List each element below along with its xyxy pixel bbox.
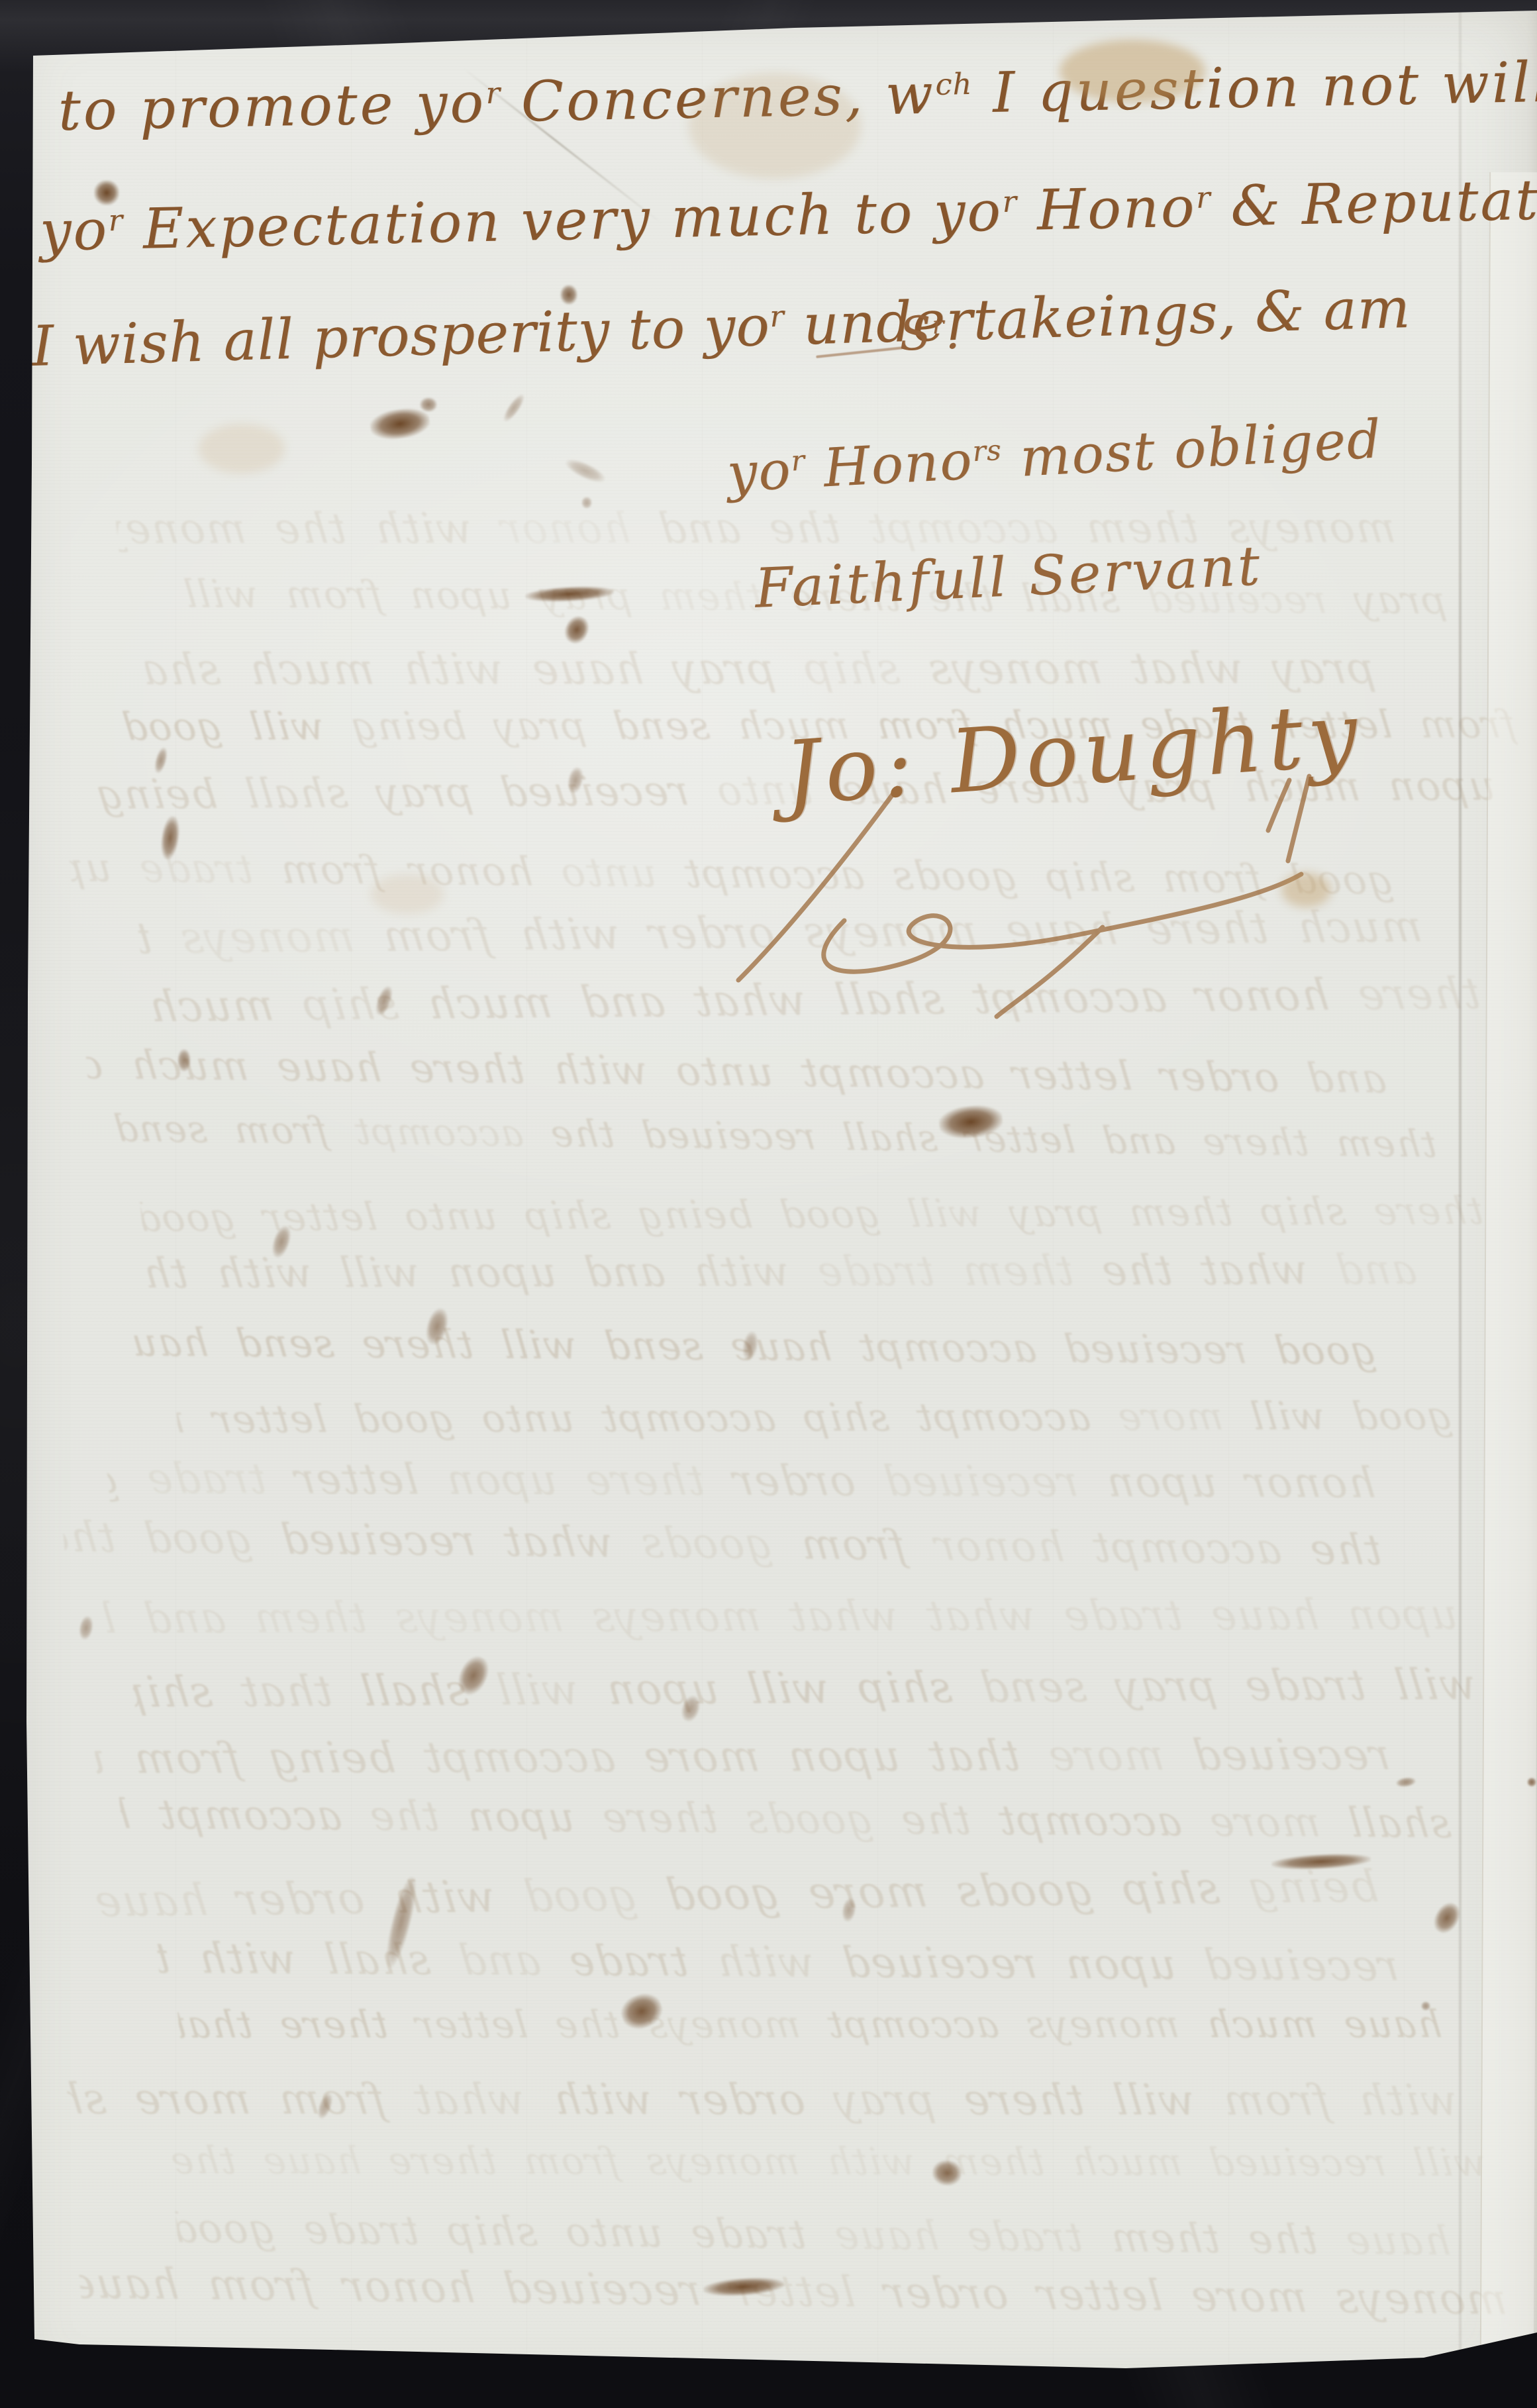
bleedthrough-word: good [113, 1513, 254, 1563]
bleedthrough-word: letter [182, 1396, 328, 1442]
bleedthrough-word: them [141, 1249, 190, 1297]
bleedthrough-word: there [1114, 903, 1271, 954]
bleedthrough-word: from [256, 572, 384, 617]
bleedthrough-word: good [750, 1191, 882, 1236]
bleedthrough-word: moneys [897, 644, 1105, 693]
bleedthrough-word: upon [380, 572, 514, 618]
script-text: Hono [1016, 174, 1197, 243]
bleedthrough-word: honor [903, 1521, 1066, 1571]
bleedthrough-word: with [361, 1871, 497, 1923]
verso-bleedthrough-line: shall more accompt the goods there upon … [119, 1791, 1453, 1847]
paper-stain [199, 424, 285, 474]
bleedthrough-word: letter [1006, 2270, 1165, 2321]
ink-blot [1271, 1852, 1371, 1872]
bleedthrough-word: there [571, 1794, 720, 1842]
bleedthrough-word: letter [264, 1454, 421, 1503]
bleedthrough-word: moneys [1305, 2274, 1509, 2325]
bleedthrough-word: there [62, 1513, 118, 1562]
script-text: . [944, 305, 962, 360]
closing-line-2: Faithfull Servant [754, 534, 1264, 621]
verso-bleedthrough-line: being ship goods more good good with ord… [94, 1861, 1381, 1927]
ink-blot [501, 392, 528, 424]
bleedthrough-word: much [1042, 2140, 1184, 2184]
bleedthrough-word: with [522, 2076, 654, 2125]
ink-blot [1421, 2001, 1430, 2011]
ink-blot [840, 1897, 858, 1923]
bleedthrough-word: them [1099, 1189, 1235, 1235]
ink-blot [422, 1306, 451, 1347]
bleedthrough-word: the [1071, 1246, 1175, 1294]
verso-bleedthrough-line: much there haue moneys order with from m… [136, 902, 1425, 964]
bleedthrough-word: accompt [571, 1395, 778, 1440]
bleedthrough-word: letter [232, 1194, 379, 1240]
bleedthrough-word: moneys [149, 912, 357, 964]
bleedthrough-word: much [1265, 902, 1425, 953]
bleedthrough-word: from [1192, 2076, 1332, 2125]
bleedthrough-word: haue [77, 2260, 181, 2310]
bleedthrough-word: pray [1083, 1662, 1218, 1711]
letter-page: moneys them accompt the and honor with t… [0, 0, 1537, 2408]
bleedthrough-word: receiued [1162, 1731, 1393, 1780]
bleedthrough-word: good [324, 1396, 456, 1442]
script-text: yo [726, 439, 793, 504]
bleedthrough-word: much [217, 645, 376, 695]
superscript-abbreviation: r [485, 77, 501, 111]
bleedthrough-word: accompt [654, 850, 867, 899]
superscript-abbreviation: r [769, 300, 785, 334]
ink-blot [381, 1875, 421, 1970]
bleedthrough-word: pray [1324, 577, 1448, 623]
bleedthrough-word: there [1343, 1188, 1485, 1234]
bleedthrough-word: more [1017, 1731, 1167, 1781]
under-leaf-edge [1480, 172, 1537, 2358]
bleedthrough-word: send [574, 1322, 705, 1368]
bleedthrough-word: haue [233, 2138, 363, 2182]
bleedthrough-word: ship [773, 1395, 891, 1440]
verso-bleedthrough-line: moneys more letter order letter receiued… [77, 2260, 1509, 2325]
bleedthrough-word: there [332, 1321, 475, 1367]
verso-bleedthrough-line: will trade pray send ship will upon will… [131, 1660, 1479, 1717]
bleedthrough-word: unto [530, 849, 658, 897]
bleedthrough-word: pray [345, 769, 475, 817]
bleedthrough-word: honor [469, 504, 632, 552]
bleedthrough-word: order [204, 1873, 367, 1926]
bleedthrough-word: and [428, 1936, 543, 1985]
bleedthrough-word: with [185, 1248, 314, 1297]
paper-stain [689, 73, 861, 179]
bleedthrough-word: upon [756, 1732, 902, 1781]
bleedthrough-word: there [554, 1456, 707, 1505]
verso-bleedthrough-line: receiued more that upon more accompt bei… [93, 1731, 1392, 1783]
verso-bleedthrough-line: them there and letter shall receiued the… [114, 1107, 1438, 1166]
bleedthrough-word: from [250, 846, 383, 894]
bleedthrough-word: haue [246, 1043, 383, 1091]
bleedthrough-word: the [521, 1112, 617, 1156]
bleedthrough-word: the [525, 2003, 622, 2046]
bleedthrough-word: receiued [852, 1457, 1080, 1506]
bleedthrough-word: that [209, 1667, 334, 1717]
script-text: I wish all prosperity to yo [31, 293, 771, 379]
bleedthrough-word: being [69, 771, 220, 819]
bleedthrough-word: shall [813, 1116, 939, 1160]
bleedthrough-word: accompt [771, 1049, 986, 1098]
bleedthrough-word: from [351, 911, 493, 962]
bleedthrough-word: accompt [940, 972, 1169, 1024]
bleedthrough-word: receiued [1179, 2140, 1388, 2185]
bleedthrough-word: what [1169, 1245, 1310, 1294]
verso-bleedthrough-line: haue much moneys accompt moneys the lett… [177, 2003, 1444, 2047]
bleedthrough-word: honor [311, 2262, 477, 2313]
verso-bleedthrough-line: and what the them trade with and upon wi… [141, 1245, 1418, 1297]
bleedthrough-word: from [1132, 855, 1264, 903]
bleedthrough-word: with [662, 1247, 791, 1296]
bleedthrough-word: pray [464, 703, 588, 748]
bleedthrough-word: goods [924, 1864, 1095, 1917]
bleedthrough-word: what [383, 2075, 527, 2124]
bleedthrough-word: good [1244, 1327, 1378, 1373]
bleedthrough-word: and [554, 1248, 668, 1297]
bleedthrough-word: with [488, 909, 622, 960]
bleedthrough-word: receiued [1034, 1325, 1248, 1372]
bleedthrough-word: shall [215, 770, 350, 817]
verso-bleedthrough-line: there honor accompt shall what and much … [144, 969, 1483, 1032]
paper-fold-line [1459, 0, 1462, 2408]
bleedthrough-word: will [1220, 1393, 1327, 1438]
verso-bleedthrough-line: pray what moneys ship pray haue with muc… [143, 644, 1377, 695]
bleedthrough-word: moneys [996, 2003, 1181, 2046]
bleedthrough-word: with [372, 644, 506, 694]
bleedthrough-word: accompt [128, 1791, 344, 1839]
verso-bleedthrough-line: upon haue trade what what moneys moneys … [102, 1590, 1460, 1642]
bleedthrough-word: good [139, 1195, 238, 1240]
ink-blot [177, 1049, 191, 1072]
bleedthrough-word: ship [772, 644, 902, 694]
script-text: Hono [804, 430, 975, 500]
bleedthrough-word: upon [417, 1248, 558, 1297]
bleedthrough-word: will [163, 571, 260, 617]
bleedthrough-word: pray [979, 1190, 1103, 1236]
superscript-abbreviation: r [790, 444, 806, 477]
bleedthrough-word: more [1179, 1798, 1322, 1846]
bleedthrough-word: shall [293, 1934, 432, 1983]
bleedthrough-word: ship [131, 1668, 215, 1717]
bleedthrough-word: the [1279, 1525, 1383, 1574]
bleedthrough-word: receiued [1173, 1940, 1401, 1990]
ink-blot [1395, 1776, 1416, 1788]
bleedthrough-word: unto [374, 1193, 499, 1239]
bleedthrough-word: being [238, 1734, 398, 1783]
bleedthrough-word: trade [273, 2206, 421, 2254]
bleedthrough-word: accompt [829, 1324, 1038, 1371]
letter-line-2: yor Expectation very much to yor Honor &… [39, 165, 1537, 264]
verso-bleedthrough-line: haue the them trade haue trade unto ship… [175, 2205, 1453, 2264]
script-text: undertakeings, & am [784, 276, 1412, 358]
bleedthrough-word: will [1383, 2140, 1488, 2184]
bleedthrough-word: ship [66, 2075, 108, 2124]
bleedthrough-word: trade [936, 2213, 1085, 2261]
bleedthrough-word: trade [1213, 1661, 1368, 1711]
ink-blot [420, 397, 437, 412]
verso-bleedthrough-line: with from will there pray order with wha… [66, 2075, 1460, 2125]
bleedthrough-word: ship [1230, 1189, 1348, 1234]
bleedthrough-word: accompt [798, 2003, 1001, 2046]
bleedthrough-word: from [103, 1734, 243, 1783]
script-text: Expectation very much to yo [123, 179, 1003, 262]
ink-blot [563, 456, 607, 487]
superscript-abbreviation: r [932, 311, 945, 340]
letter-line-3: I wish all prosperity to yor undertakein… [31, 276, 1412, 379]
bleedthrough-word: the [156, 1934, 172, 1982]
paper-stain [1281, 873, 1331, 907]
bleedthrough-word: letter [981, 1051, 1134, 1099]
bleedthrough-word: what [1099, 644, 1246, 693]
ink-blot [703, 2276, 785, 2298]
ink-blot [560, 285, 577, 305]
bleedthrough-word: what [758, 1591, 900, 1640]
bleedthrough-word: much [395, 978, 555, 1029]
bleedthrough-word: good [101, 704, 224, 749]
paper-stain [371, 874, 444, 914]
verso-bleedthrough-line: there ship them pray will good being shi… [139, 1188, 1485, 1240]
verso-bleedthrough-line: good from ship goods accompt unto honor … [68, 844, 1396, 904]
bleedthrough-word: there [358, 2139, 498, 2183]
bleedthrough-word: good [1322, 1393, 1455, 1438]
bleedthrough-word: good [105, 1454, 121, 1502]
verso-bleedthrough-line: good will more accompt ship accompt unto… [175, 1393, 1455, 1441]
verso-bleedthrough-line: will receiued much them with moneys from… [170, 2138, 1488, 2184]
paper-stain [1060, 40, 1205, 103]
bleedthrough-word: ship [494, 1193, 613, 1238]
bleedthrough-word: shall [803, 974, 946, 1025]
bleedthrough-word: order [85, 1041, 105, 1088]
ink-blot [525, 585, 615, 604]
script-text: most obliged [1001, 408, 1383, 489]
bleedthrough-word: the [1218, 2215, 1320, 2263]
bleedthrough-word: much [144, 981, 276, 1032]
bleedthrough-word: receiued [811, 1938, 1039, 1987]
bleedthrough-word: ship [826, 1664, 954, 1713]
bleedthrough-word: send [583, 703, 712, 748]
bleedthrough-word: from [770, 1520, 908, 1570]
ink-blot [1527, 1778, 1536, 1787]
bleedthrough-word: trade [136, 914, 155, 964]
bleedthrough-word: pray [640, 644, 777, 694]
bleedthrough-word: trade [538, 1936, 690, 1985]
bleedthrough-word: honor [119, 1791, 133, 1838]
bleedthrough-word: more [1088, 1393, 1226, 1439]
bleedthrough-word: more [103, 2075, 253, 2124]
bleedthrough-word: haue [974, 905, 1120, 956]
bleedthrough-word: haue [132, 1319, 210, 1366]
bleedthrough-word: there [932, 2076, 1087, 2125]
bleedthrough-word: unto [645, 1048, 775, 1096]
ink-blot [77, 1615, 95, 1641]
bleedthrough-word: accompt [1062, 1523, 1283, 1573]
bleedthrough-word: there [1173, 1120, 1311, 1164]
bleedthrough-word: and [1073, 1119, 1177, 1163]
bleedthrough-word: haue [501, 644, 646, 694]
bleedthrough-word: will [309, 1248, 422, 1297]
bleedthrough-word: with [168, 1934, 298, 1983]
bleedthrough-word: send [949, 1662, 1089, 1712]
bleedthrough-word: haue [700, 1323, 834, 1369]
bleedthrough-word: pray [802, 2076, 937, 2125]
bleedthrough-word: unto [452, 1395, 577, 1441]
bleedthrough-word: trade [1032, 1591, 1185, 1640]
bleedthrough-word: accompt [968, 1797, 1183, 1845]
bleedthrough-word: upon [1034, 1939, 1178, 1988]
bleedthrough-word: accompt [886, 1394, 1093, 1440]
verso-bleedthrough-line: receiued upon receiued with trade and sh… [156, 1934, 1401, 1990]
bleedthrough-word: haue [1315, 2217, 1452, 2265]
bleedthrough-word: much [100, 1041, 250, 1089]
bleedthrough-word: more [1160, 2272, 1309, 2323]
bleedthrough-word: there [379, 1044, 526, 1093]
script-text: Jo: Doughty [781, 683, 1366, 825]
bleedthrough-word: order [1130, 1053, 1281, 1101]
bleedthrough-word: upon [1075, 1458, 1219, 1507]
bleedthrough-word: haue [94, 1874, 210, 1927]
bleedthrough-word: shall [1318, 1799, 1453, 1847]
signature: Jo: Doughty [781, 683, 1366, 825]
bleedthrough-word: goods [715, 1795, 875, 1843]
ink-blot [581, 497, 592, 509]
bleedthrough-word: and [628, 504, 743, 552]
bleedthrough-word: will [1081, 2076, 1197, 2125]
bleedthrough-word: accompt [393, 1733, 618, 1783]
bleedthrough-word: ship [1090, 1862, 1222, 1915]
ink-blot [931, 2159, 962, 2187]
bleedthrough-word: send [114, 1107, 209, 1152]
bleedthrough-word: will [877, 1191, 984, 1236]
bleedthrough-word: the [738, 504, 843, 552]
bleedthrough-word: them [932, 1246, 1076, 1295]
script-text: S [899, 306, 934, 362]
bleedthrough-word: with [797, 2140, 917, 2183]
bleedthrough-word: goods [175, 2205, 277, 2252]
bleedthrough-word: moneys [364, 1593, 566, 1642]
bleedthrough-word: being [321, 703, 468, 748]
bleedthrough-word: order [649, 2076, 807, 2125]
bleedthrough-word: will [471, 1321, 579, 1368]
verso-bleedthrough-line: the accompt honor from goods what receiu… [62, 1513, 1384, 1574]
script-text: yo [39, 197, 109, 264]
bleedthrough-word: trade [786, 1246, 936, 1295]
verso-bleedthrough-line: and order letter accompt unto with there… [85, 1041, 1389, 1103]
bleedthrough-word: from [205, 1109, 329, 1153]
bleedthrough-word: trade [660, 2210, 809, 2258]
bleedthrough-word: unto [93, 1734, 108, 1783]
bleedthrough-word: much [1177, 2003, 1318, 2046]
bleedthrough-word: that [897, 1732, 1022, 1781]
bleedthrough-word: honor [1164, 970, 1332, 1021]
bleedthrough-word: upon [68, 844, 114, 891]
bleedthrough-word: them [629, 574, 765, 619]
bleedthrough-word: much [175, 1397, 187, 1442]
bleedthrough-word: send [206, 1319, 336, 1366]
bleedthrough-word: honor [1214, 1458, 1377, 1507]
bleedthrough-word: the [871, 1796, 973, 1844]
bleedthrough-word: the [170, 2138, 238, 2182]
script-text: to promote yo [58, 70, 487, 143]
bleedthrough-word: them [1080, 2214, 1222, 2262]
bleedthrough-word: letter [102, 1594, 118, 1642]
bleedthrough-word: that [177, 2003, 255, 2046]
bleedthrough-word: what [662, 976, 809, 1027]
manuscript-scan: moneys them accompt the and honor with t… [0, 0, 1537, 2408]
bleedthrough-word: moneys [114, 505, 248, 553]
bleedthrough-word: trade [109, 845, 255, 893]
bleedthrough-word: upon [1316, 1590, 1460, 1639]
bleedthrough-word: moneys [561, 1592, 763, 1641]
bleedthrough-word: the [243, 504, 348, 552]
bleedthrough-word: with [685, 1937, 816, 1986]
bleedthrough-word: letter [385, 2003, 530, 2046]
bleedthrough-word: trade [116, 1454, 268, 1503]
bleedthrough-word: with [343, 504, 474, 552]
ink-blot [152, 746, 170, 775]
bleedthrough-word: with [522, 1046, 650, 1094]
script-text: Faithfull Servant [754, 534, 1264, 621]
bleedthrough-word: more [612, 1732, 762, 1782]
bleedthrough-word: them [1307, 1122, 1438, 1166]
ink-blot [938, 1103, 1004, 1141]
superscript-abbreviation: r [1002, 185, 1017, 219]
superscript-abbreviation: ch [935, 68, 973, 102]
bleedthrough-word: moneys [617, 2139, 801, 2183]
bleedthrough-word: ship [1015, 854, 1136, 901]
bleedthrough-word: good [634, 1868, 782, 1921]
ink-blot [740, 1330, 760, 1361]
superscript-abbreviation: rs [971, 434, 1003, 468]
bleedthrough-word: goods [611, 1518, 775, 1568]
bleedthrough-word: good [491, 1870, 640, 1923]
script-text: I question not will answere [971, 44, 1537, 126]
verso-bleedthrough-line: honor upon receiued order there upon let… [105, 1454, 1377, 1507]
ink-blot [617, 1989, 666, 2034]
ink-blot [453, 1652, 494, 1699]
bleedthrough-word: the [339, 1792, 441, 1840]
ink-blot [373, 984, 396, 1017]
bleedthrough-word: haue [804, 2211, 941, 2260]
bleedthrough-word: order [852, 2268, 1010, 2319]
bleedthrough-word: from [494, 2139, 621, 2183]
bleedthrough-word: upon [1358, 762, 1498, 810]
closing-line-1: yor Honors most obliged [726, 408, 1384, 504]
superscript-abbreviation: r [1195, 181, 1211, 215]
ink-blot [566, 766, 585, 795]
bleedthrough-word: upon [436, 1793, 576, 1840]
bleedthrough-word: with [1327, 2076, 1460, 2125]
bleedthrough-word: will [219, 703, 326, 748]
ink-blot [678, 1693, 703, 1724]
bleedthrough-word: receiued [472, 2264, 703, 2315]
bleedthrough-word: receiued [613, 1113, 818, 1159]
ink-blot [269, 1224, 294, 1260]
ink-blot [159, 815, 182, 861]
bleedthrough-word: unto [535, 2209, 665, 2257]
bleedthrough-word: and [1305, 1245, 1418, 1294]
bleedthrough-word: accompt [326, 1110, 525, 1156]
bleedthrough-word: what [473, 1517, 615, 1566]
bleedthrough-word: receiued [250, 1515, 477, 1565]
ink-blot [315, 2091, 336, 2121]
salutation: Sr. [899, 305, 962, 361]
bleedthrough-word: order [617, 908, 777, 959]
bleedthrough-word: being [607, 1191, 754, 1237]
bleedthrough-word: them [223, 1593, 369, 1642]
bleedthrough-word: shall [329, 1666, 471, 1716]
